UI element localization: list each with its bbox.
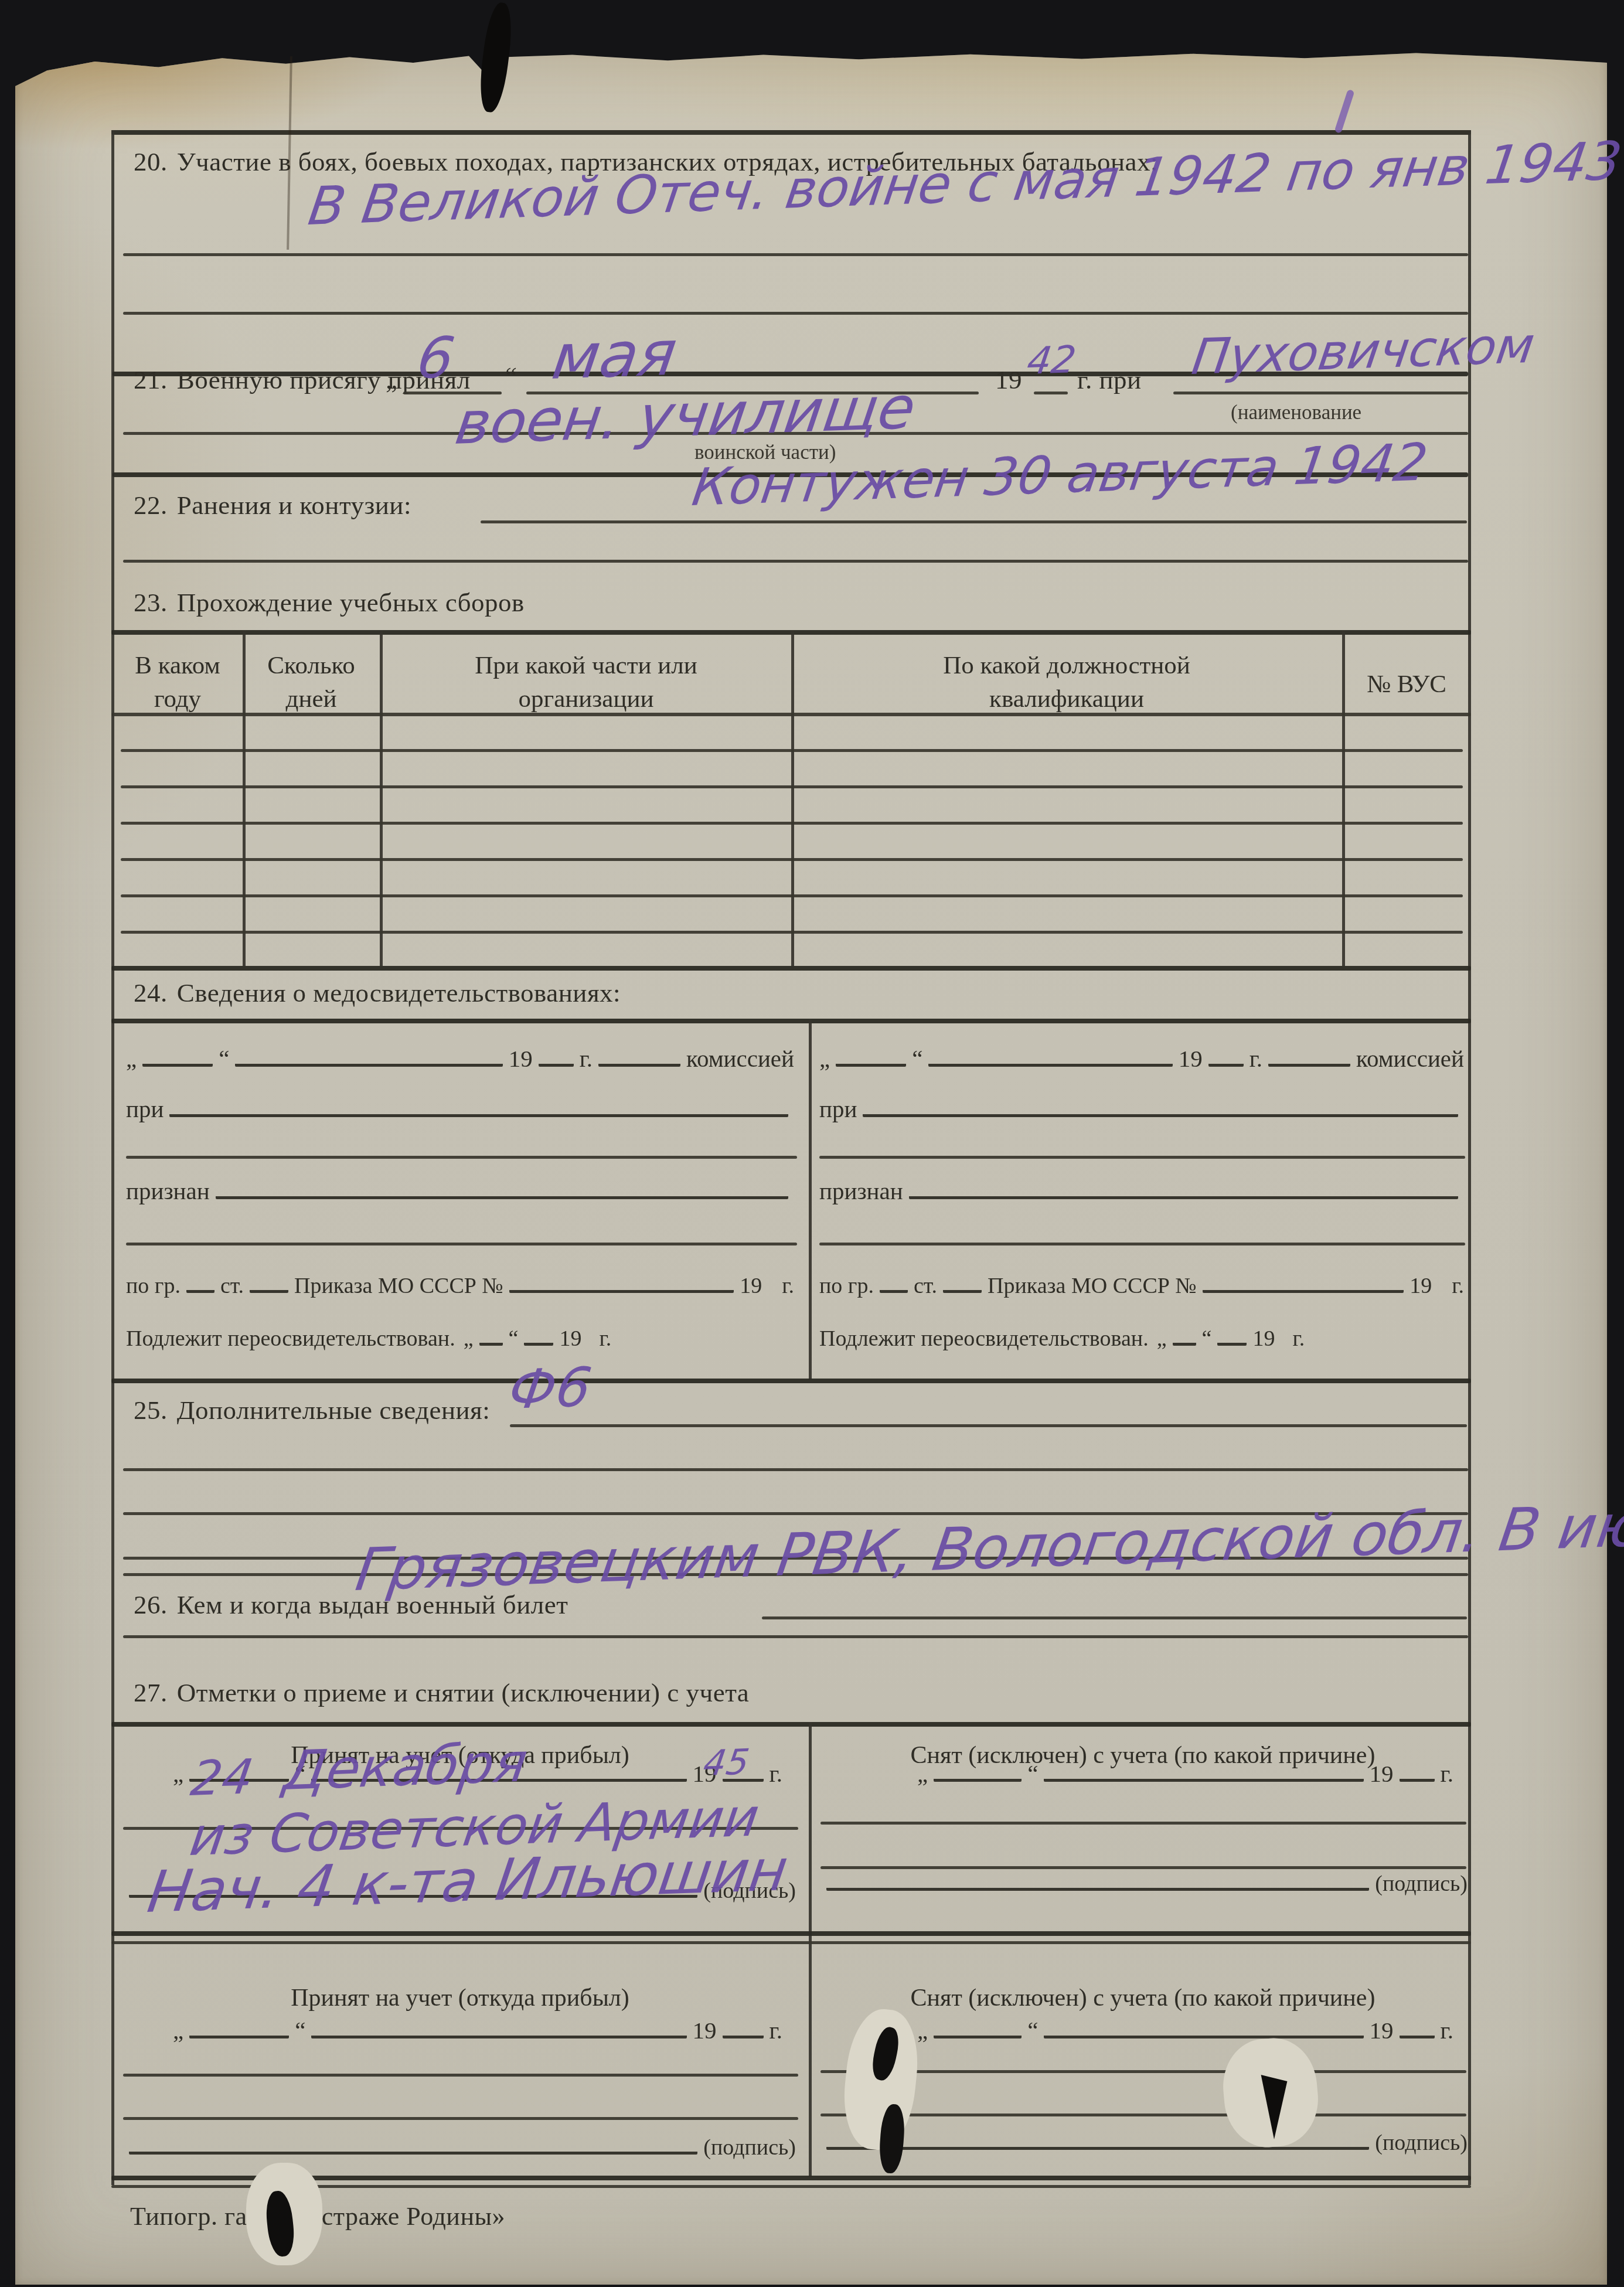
removed-2-date-row: „“19г.: [917, 2016, 1453, 2044]
table23-row-line: [121, 749, 1463, 752]
cell-line: [123, 2074, 798, 2077]
med-right-reexam-row: Подлежит переосвидетельствован.„“19г.: [819, 1326, 1464, 1352]
blank-line: [123, 560, 1468, 563]
year-blank: [1034, 392, 1068, 394]
blank-line: [123, 1468, 1468, 1471]
section-25-label: 25.Дополнительные сведения:: [134, 1395, 490, 1425]
scanned-military-form-page: 20.Участие в боях, боевых походах, парти…: [0, 0, 1624, 2287]
blank-line: [126, 1243, 797, 1245]
accepted-2-signature-row: (подпись): [123, 2135, 796, 2160]
med-column-divider: [809, 1019, 812, 1380]
accepted-1-hw-day: 24: [188, 1749, 257, 1807]
table23-header-separator: [111, 713, 1471, 716]
open-quote: „: [386, 365, 397, 395]
blank-line: [819, 1156, 1465, 1159]
section-25-handwriting: Ф6: [505, 1356, 595, 1421]
cell-line: [820, 2070, 1466, 2073]
section-23-label: 23.Прохождение учебных сборов: [134, 587, 525, 618]
blank-line: [123, 312, 1468, 315]
table23-row-line: [121, 894, 1463, 897]
cell-line: [820, 2114, 1466, 2116]
form-left-border: [111, 130, 114, 2185]
med-right-pri-row: при: [819, 1095, 1464, 1123]
med-right-order-row: по гр.ст.Приказа МО СССР №19г.: [819, 1273, 1464, 1299]
blank-line: [123, 1635, 1468, 1638]
table23-vline-3: [791, 630, 794, 966]
med-left-reexam-row: Подлежит переосвидетельствован.„“19г.: [126, 1326, 794, 1352]
removed-2-signature-row: (подпись): [820, 2130, 1468, 2156]
section-24-label: 24.Сведения о медосвидетельствованиях:: [134, 978, 621, 1008]
place-blank: [1173, 392, 1468, 394]
med-left-date-row: „“19г.комиссией: [126, 1044, 794, 1073]
accepted-1-hw-month: Декабря: [280, 1731, 531, 1802]
table23-col5-header: № ВУС: [1345, 668, 1468, 702]
table23-vline-1: [243, 630, 246, 966]
med-table-bottom: [111, 1379, 1471, 1383]
med-table-top: [111, 1019, 1471, 1023]
med-left-pri-row: при: [126, 1095, 794, 1123]
form-right-border: [1468, 130, 1471, 2185]
med-left-order-row: по гр.ст.Приказа МО СССР №19г.: [126, 1273, 794, 1299]
sub-label-naimenovanie: (наименование: [1231, 401, 1361, 424]
handwritten-place: Пуховичском: [1189, 316, 1538, 386]
accepted-header-2: Принят на учет (откуда прибыл): [123, 1982, 797, 2014]
cell-line: [820, 1866, 1466, 1869]
table27-row-separator: [111, 1931, 1471, 1936]
removed-header-2: Снят (исключен) с учета (по какой причин…: [820, 1982, 1465, 2014]
year-19: 19: [995, 365, 1022, 395]
form-top-border: [111, 130, 1471, 135]
table23-row-line: [121, 931, 1463, 934]
table23-vline-2: [380, 630, 383, 966]
med-right-recognized-row: признан: [819, 1177, 1464, 1205]
table23-row-line: [121, 822, 1463, 825]
table23-col3-header: При какой части или организации: [451, 649, 721, 716]
med-left-recognized-row: признан: [126, 1177, 794, 1205]
blank-line: [819, 1243, 1465, 1245]
blank-line: [762, 1616, 1467, 1619]
blank-line: [481, 520, 1467, 523]
table23-row-line: [121, 858, 1463, 861]
table23-col2-header: Сколько дней: [248, 649, 374, 716]
removed-1-date-row: „“19г.: [917, 1760, 1453, 1788]
table27-top-border: [111, 1722, 1471, 1727]
accepted-1-hw-year: 45: [701, 1741, 752, 1784]
form-bottom-border: [111, 2176, 1471, 2180]
table23-col1-header: В каком году: [117, 649, 238, 716]
table23-bottom-border: [111, 966, 1471, 971]
g-pri-label: г. при: [1077, 365, 1142, 395]
blank-line: [123, 253, 1468, 256]
handwritten-year: 42: [1024, 338, 1078, 383]
removed-1-signature-row: (подпись): [820, 1871, 1468, 1897]
section-22-label: 22.Ранения и контузии:: [134, 490, 411, 520]
accepted-2-date-row: „“19г.: [173, 2016, 782, 2044]
med-right-date-row: „“19г.комиссией: [819, 1044, 1464, 1073]
table23-row-line: [121, 785, 1463, 788]
section-27-label: 27.Отметки о приеме и снятии (исключении…: [134, 1677, 749, 1708]
blank-line: [510, 1424, 1467, 1427]
table23-col4-header: По какой должностной квалификации: [926, 649, 1207, 716]
blank-line: [126, 1156, 797, 1159]
table27-row-separator-2: [111, 1941, 1471, 1944]
table27-column-divider: [809, 1722, 812, 2177]
cell-line: [820, 1822, 1466, 1825]
cell-line: [123, 2117, 798, 2120]
